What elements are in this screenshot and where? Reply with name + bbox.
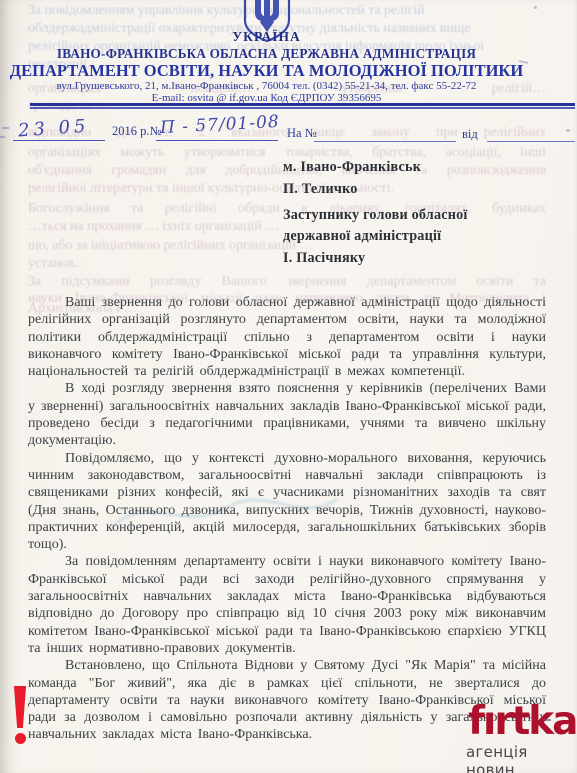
header-divider-rule bbox=[30, 103, 575, 110]
body-paragraph-1: Ваші звернення до голови обласної держав… bbox=[28, 294, 546, 380]
exclamation-bar bbox=[12, 686, 28, 728]
country-title: УКРАЇНА bbox=[0, 29, 533, 45]
from-date-label: від bbox=[462, 127, 478, 142]
firtka-logo: fırtka bbox=[468, 699, 576, 744]
org-address-line: вул.Грушевського, 21, м.Івано-Франківськ… bbox=[0, 80, 533, 92]
addressee-title-line2: державної адміністрації bbox=[283, 228, 441, 245]
printed-year-number-label: 2016 р.№ bbox=[112, 124, 161, 139]
letter-body: Ваші звернення до голови обласної держав… bbox=[28, 294, 546, 744]
body-paragraph-3: Повідомляємо, що у контексті духовно-мор… bbox=[28, 450, 546, 554]
addressee-name: І. Пасічняку bbox=[283, 250, 365, 267]
incoming-number-blank bbox=[314, 141, 456, 142]
incoming-number-label: На № bbox=[287, 126, 317, 141]
scan-artifact-dash bbox=[543, 719, 551, 721]
addressee-official: П. Теличко bbox=[283, 181, 358, 198]
number-underline bbox=[156, 140, 278, 141]
bleedthrough-line: установ. bbox=[28, 254, 138, 271]
org-name-line2: ДЕПАРТАМЕНТ ОСВІТИ, НАУКИ ТА МОЛОДІЖНОЇ … bbox=[0, 61, 533, 81]
scan-artifact-dash bbox=[0, 136, 5, 138]
date-underline bbox=[13, 140, 105, 141]
scan-artifact-dash bbox=[2, 127, 9, 129]
addressee-title-line1: Заступнику голови обласної bbox=[283, 207, 468, 224]
scan-artifact-dot bbox=[566, 129, 570, 132]
scanned-letter-page: За повідомленням управління культури, на… bbox=[0, 0, 577, 773]
firtka-tagline: агенція новин bbox=[466, 743, 577, 773]
org-name-line1: ІВАНО-ФРАНКІВСЬКА ОБЛАСНА ДЕРЖАВНА АДМІН… bbox=[0, 46, 533, 62]
bleedthrough-line: За підсумками розгляду Вашого звернення … bbox=[28, 272, 546, 289]
scan-artifact-dot bbox=[534, 6, 537, 9]
from-date-blank bbox=[487, 141, 575, 142]
exclamation-dot bbox=[15, 733, 26, 744]
bleedthrough-line: організаціях можуть утворюватися товарис… bbox=[28, 143, 546, 160]
body-paragraph-2: В ході розгляду звернення взято поясненн… bbox=[28, 380, 546, 449]
body-paragraph-4: За повідомленням департаменту освіти і н… bbox=[28, 553, 546, 657]
addressee-city: м. Івано-Франківськ bbox=[283, 159, 421, 176]
